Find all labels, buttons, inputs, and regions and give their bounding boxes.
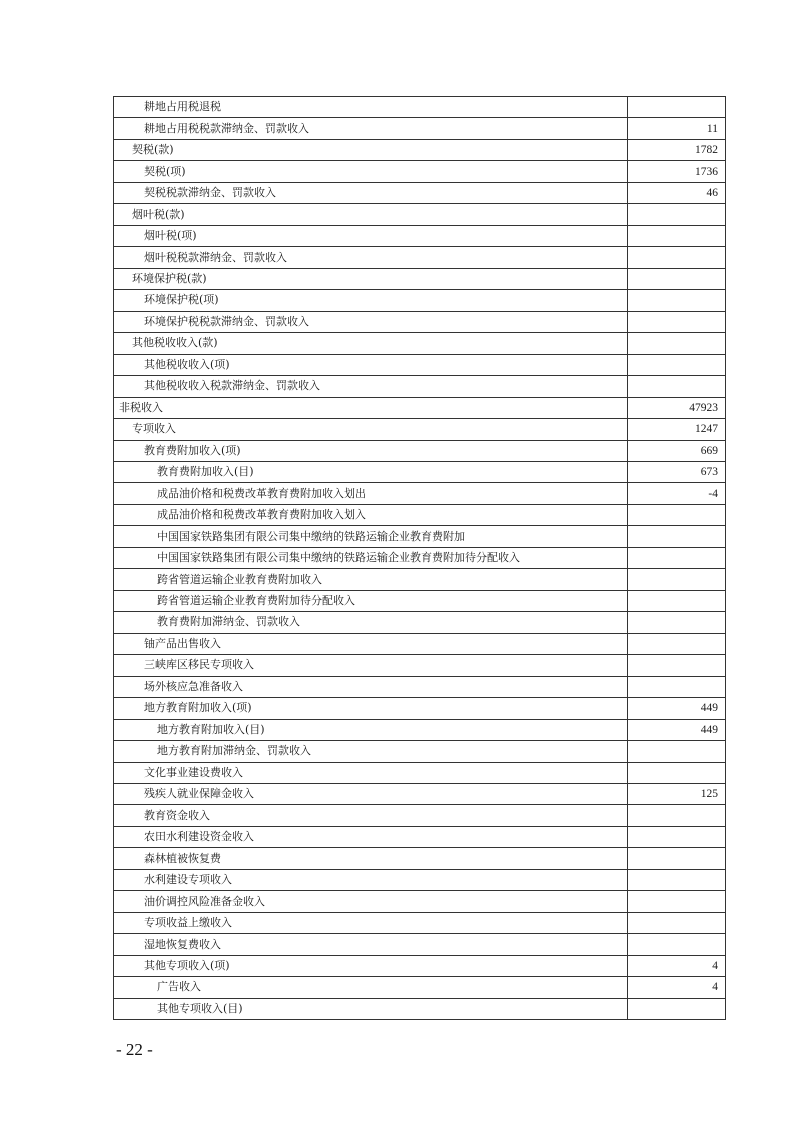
row-label: 其他税收收入(项): [114, 354, 628, 375]
table-row: 非税收入47923: [114, 397, 726, 418]
table-row: 其他税收收入(款): [114, 333, 726, 354]
row-value: [628, 869, 726, 890]
row-value: 1247: [628, 419, 726, 440]
table-row: 残疾人就业保障金收入125: [114, 784, 726, 805]
row-value: [628, 826, 726, 847]
row-label: 烟叶税(款): [114, 204, 628, 225]
table-row: 契税税款滞纳金、罚款收入46: [114, 182, 726, 203]
row-label: 油价调控风险准备金收入: [114, 891, 628, 912]
table-row: 烟叶税(项): [114, 225, 726, 246]
page-number: - 22 -: [116, 1040, 153, 1060]
table-row: 教育费附加滞纳金、罚款收入: [114, 612, 726, 633]
row-value: [628, 354, 726, 375]
table-row: 跨省管道运输企业教育费附加待分配收入: [114, 590, 726, 611]
row-label: 其他税收收入(款): [114, 333, 628, 354]
row-value: 4: [628, 955, 726, 976]
row-label: 成品油价格和税费改革教育费附加收入划出: [114, 483, 628, 504]
row-value: -4: [628, 483, 726, 504]
table-row: 其他税收收入税款滞纳金、罚款收入: [114, 376, 726, 397]
row-value: 449: [628, 698, 726, 719]
row-label: 铀产品出售收入: [114, 633, 628, 654]
row-label: 跨省管道运输企业教育费附加待分配收入: [114, 590, 628, 611]
row-label: 耕地占用税退税: [114, 97, 628, 118]
row-label: 教育费附加滞纳金、罚款收入: [114, 612, 628, 633]
row-label: 契税(项): [114, 161, 628, 182]
row-label: 教育费附加收入(目): [114, 461, 628, 482]
table-row: 场外核应急准备收入: [114, 676, 726, 697]
row-value: [628, 97, 726, 118]
row-value: [628, 247, 726, 268]
row-label: 水利建设专项收入: [114, 869, 628, 890]
table-row: 铀产品出售收入: [114, 633, 726, 654]
table-row: 教育费附加收入(项)669: [114, 440, 726, 461]
row-value: [628, 376, 726, 397]
row-label: 环境保护税(项): [114, 290, 628, 311]
row-value: [628, 741, 726, 762]
table-row: 烟叶税(款): [114, 204, 726, 225]
row-label: 烟叶税税款滞纳金、罚款收入: [114, 247, 628, 268]
table-row: 地方教育附加收入(项)449: [114, 698, 726, 719]
table-row: 跨省管道运输企业教育费附加收入: [114, 569, 726, 590]
row-value: 1782: [628, 139, 726, 160]
table-row: 成品油价格和税费改革教育费附加收入划入: [114, 504, 726, 525]
row-label: 契税税款滞纳金、罚款收入: [114, 182, 628, 203]
table-row: 中国国家铁路集团有限公司集中缴纳的铁路运输企业教育费附加: [114, 526, 726, 547]
row-label: 湿地恢复费收入: [114, 934, 628, 955]
row-value: [628, 504, 726, 525]
row-value: [628, 998, 726, 1019]
table-row: 中国国家铁路集团有限公司集中缴纳的铁路运输企业教育费附加待分配收入: [114, 547, 726, 568]
table-row: 森林植被恢复费: [114, 848, 726, 869]
row-value: [628, 526, 726, 547]
table-row: 环境保护税(款): [114, 268, 726, 289]
row-label: 跨省管道运输企业教育费附加收入: [114, 569, 628, 590]
row-value: 449: [628, 719, 726, 740]
table-row: 烟叶税税款滞纳金、罚款收入: [114, 247, 726, 268]
table-row: 耕地占用税退税: [114, 97, 726, 118]
table-row: 环境保护税税款滞纳金、罚款收入: [114, 311, 726, 332]
row-value: 669: [628, 440, 726, 461]
table-row: 专项收入1247: [114, 419, 726, 440]
row-label: 地方教育附加收入(项): [114, 698, 628, 719]
table-row: 成品油价格和税费改革教育费附加收入划出-4: [114, 483, 726, 504]
row-label: 环境保护税(款): [114, 268, 628, 289]
budget-revenue-table: 耕地占用税退税耕地占用税税款滞纳金、罚款收入11契税(款)1782契税(项)17…: [113, 96, 726, 1020]
table-row: 农田水利建设资金收入: [114, 826, 726, 847]
row-value: [628, 268, 726, 289]
row-value: 1736: [628, 161, 726, 182]
row-value: [628, 655, 726, 676]
row-label: 教育资金收入: [114, 805, 628, 826]
row-value: [628, 290, 726, 311]
row-value: [628, 912, 726, 933]
row-label: 三峡库区移民专项收入: [114, 655, 628, 676]
document-page: 耕地占用税退税耕地占用税税款滞纳金、罚款收入11契税(款)1782契税(项)17…: [0, 0, 793, 1122]
row-label: 其他税收收入税款滞纳金、罚款收入: [114, 376, 628, 397]
row-label: 烟叶税(项): [114, 225, 628, 246]
row-value: [628, 848, 726, 869]
row-value: [628, 612, 726, 633]
row-label: 场外核应急准备收入: [114, 676, 628, 697]
row-label: 文化事业建设费收入: [114, 762, 628, 783]
row-label: 其他专项收入(项): [114, 955, 628, 976]
table-row: 广告收入4: [114, 977, 726, 998]
table-row: 契税(项)1736: [114, 161, 726, 182]
row-value: [628, 547, 726, 568]
row-value: 46: [628, 182, 726, 203]
table-row: 教育资金收入: [114, 805, 726, 826]
table-row: 水利建设专项收入: [114, 869, 726, 890]
row-value: 47923: [628, 397, 726, 418]
row-label: 农田水利建设资金收入: [114, 826, 628, 847]
row-value: [628, 590, 726, 611]
row-label: 其他专项收入(目): [114, 998, 628, 1019]
row-label: 残疾人就业保障金收入: [114, 784, 628, 805]
table-row: 环境保护税(项): [114, 290, 726, 311]
table-row: 契税(款)1782: [114, 139, 726, 160]
row-value: 673: [628, 461, 726, 482]
row-value: [628, 333, 726, 354]
table-row: 油价调控风险准备金收入: [114, 891, 726, 912]
row-value: [628, 569, 726, 590]
row-value: [628, 676, 726, 697]
row-value: [628, 762, 726, 783]
row-value: 125: [628, 784, 726, 805]
row-value: [628, 311, 726, 332]
table-row: 三峡库区移民专项收入: [114, 655, 726, 676]
row-label: 专项收入: [114, 419, 628, 440]
table-row: 专项收益上缴收入: [114, 912, 726, 933]
row-label: 契税(款): [114, 139, 628, 160]
row-value: [628, 934, 726, 955]
row-label: 教育费附加收入(项): [114, 440, 628, 461]
row-value: 4: [628, 977, 726, 998]
row-value: [628, 225, 726, 246]
row-label: 成品油价格和税费改革教育费附加收入划入: [114, 504, 628, 525]
row-value: 11: [628, 118, 726, 139]
row-value: [628, 805, 726, 826]
row-label: 中国国家铁路集团有限公司集中缴纳的铁路运输企业教育费附加: [114, 526, 628, 547]
table-row: 教育费附加收入(目)673: [114, 461, 726, 482]
row-label: 地方教育附加收入(目): [114, 719, 628, 740]
row-label: 非税收入: [114, 397, 628, 418]
row-label: 广告收入: [114, 977, 628, 998]
table-row: 其他专项收入(项)4: [114, 955, 726, 976]
table-row: 地方教育附加滞纳金、罚款收入: [114, 741, 726, 762]
row-label: 耕地占用税税款滞纳金、罚款收入: [114, 118, 628, 139]
table-row: 文化事业建设费收入: [114, 762, 726, 783]
row-value: [628, 204, 726, 225]
table-row: 耕地占用税税款滞纳金、罚款收入11: [114, 118, 726, 139]
row-value: [628, 891, 726, 912]
row-label: 中国国家铁路集团有限公司集中缴纳的铁路运输企业教育费附加待分配收入: [114, 547, 628, 568]
table-row: 其他专项收入(目): [114, 998, 726, 1019]
row-label: 环境保护税税款滞纳金、罚款收入: [114, 311, 628, 332]
table-row: 湿地恢复费收入: [114, 934, 726, 955]
table-row: 其他税收收入(项): [114, 354, 726, 375]
table-row: 地方教育附加收入(目)449: [114, 719, 726, 740]
row-label: 森林植被恢复费: [114, 848, 628, 869]
row-label: 专项收益上缴收入: [114, 912, 628, 933]
row-label: 地方教育附加滞纳金、罚款收入: [114, 741, 628, 762]
table-body: 耕地占用税退税耕地占用税税款滞纳金、罚款收入11契税(款)1782契税(项)17…: [114, 97, 726, 1020]
row-value: [628, 633, 726, 654]
